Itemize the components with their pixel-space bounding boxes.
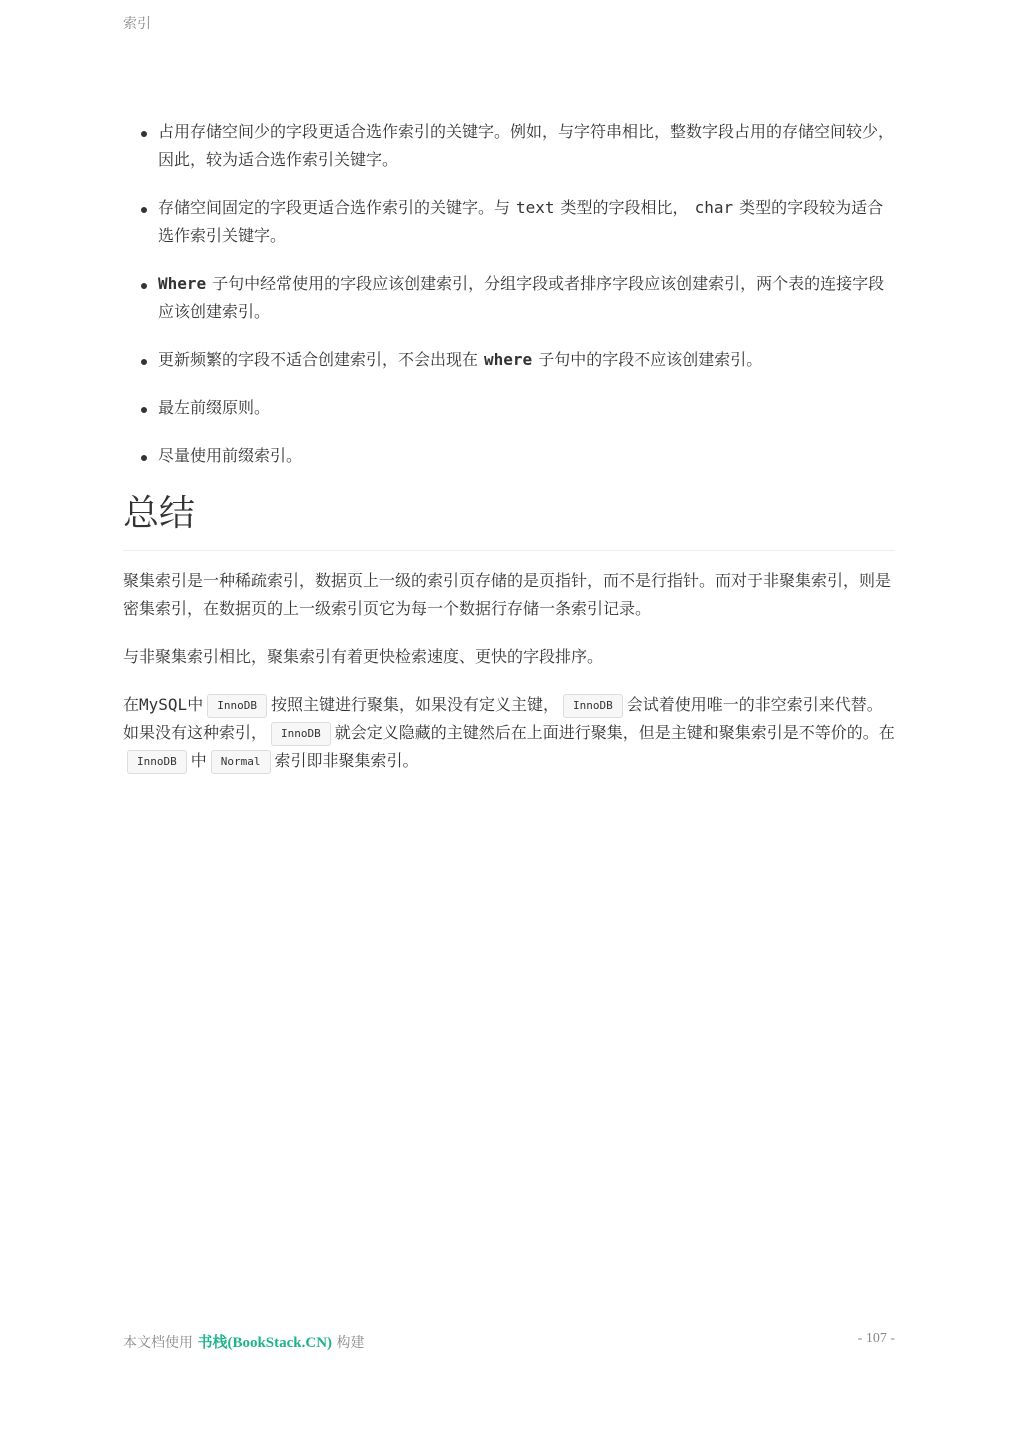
list-item-text: 最左前缀原则。: [158, 398, 270, 417]
list-item-text: 子句中的字段不应该创建索引。: [538, 350, 762, 369]
paragraph-text: 就会定义隐藏的主键然后在上面进行聚集，但是主键和聚集索引是不等价的。在: [335, 723, 895, 742]
inline-code-where: where: [478, 350, 538, 369]
paragraph-text: 中: [191, 751, 207, 770]
list-item-text: 类型的字段相比，: [561, 198, 689, 217]
paragraph-sparse-index: 聚集索引是一种稀疏索引，数据页上一级的索引页存储的是页指针，而不是行指针。而对于…: [123, 567, 895, 623]
code-innodb: InnoDB: [271, 722, 331, 746]
running-header-title: 索引: [123, 13, 151, 33]
paragraph-text: 按照主键进行聚集，如果没有定义主键，: [271, 695, 559, 714]
footer-prefix: 本文档使用: [123, 1335, 193, 1351]
list-item: Where子句中经常使用的字段应该创建索引，分组字段或者排序字段应该创建索引，两…: [158, 270, 895, 326]
list-item-text: 占用存储空间少的字段更适合选作索引的关键字。例如，与字符串相比，整数字段占用的存…: [158, 122, 894, 169]
document-body: 占用存储空间少的字段更适合选作索引的关键字。例如，与字符串相比，整数字段占用的存…: [123, 118, 895, 775]
paragraph-comparison: 与非聚集索引相比，聚集索引有着更快检索速度、更快的字段排序。: [123, 643, 895, 671]
page-number: - 107 -: [858, 1331, 895, 1347]
paragraph-text: 索引即非聚集索引。: [275, 751, 419, 770]
inline-code-text: text: [510, 198, 561, 217]
list-item-text: 尽量使用前缀索引。: [158, 446, 302, 465]
code-innodb: InnoDB: [127, 750, 187, 774]
paragraph-text: 中: [187, 695, 203, 714]
paragraph-innodb: 在MySQL中InnoDB按照主键进行聚集，如果没有定义主键，InnoDB会试着…: [123, 691, 895, 775]
list-item-text: 子句中经常使用的字段应该创建索引，分组字段或者排序字段应该创建索引，两个表的连接…: [158, 274, 884, 321]
list-item-text: 更新频繁的字段不适合创建索引，不会出现在: [158, 350, 478, 369]
code-normal: Normal: [211, 750, 271, 774]
code-innodb: InnoDB: [207, 694, 267, 718]
list-item-text: 存储空间固定的字段更适合选作索引的关键字。与: [158, 198, 510, 217]
list-item: 最左前缀原则。: [158, 394, 895, 422]
mysql-text: MySQL: [139, 695, 187, 714]
list-item: 更新频繁的字段不适合创建索引，不会出现在where子句中的字段不应该创建索引。: [158, 346, 895, 374]
inline-code-where: Where: [158, 274, 212, 293]
list-item: 占用存储空间少的字段更适合选作索引的关键字。例如，与字符串相比，整数字段占用的存…: [158, 118, 895, 174]
footer-suffix: 构建: [337, 1335, 365, 1351]
section-heading-summary: 总结: [123, 490, 895, 551]
footer-credit: 本文档使用 书栈(BookStack.CN) 构建: [123, 1331, 365, 1352]
inline-code-char: char: [689, 198, 740, 217]
bookstack-link[interactable]: 书栈(BookStack.CN): [197, 1335, 332, 1351]
paragraph-text: 在: [123, 695, 139, 714]
index-guidelines-list: 占用存储空间少的字段更适合选作索引的关键字。例如，与字符串相比，整数字段占用的存…: [123, 118, 895, 470]
code-innodb: InnoDB: [563, 694, 623, 718]
list-item: 存储空间固定的字段更适合选作索引的关键字。与text类型的字段相比，char类型…: [158, 194, 895, 250]
list-item: 尽量使用前缀索引。: [158, 442, 895, 470]
